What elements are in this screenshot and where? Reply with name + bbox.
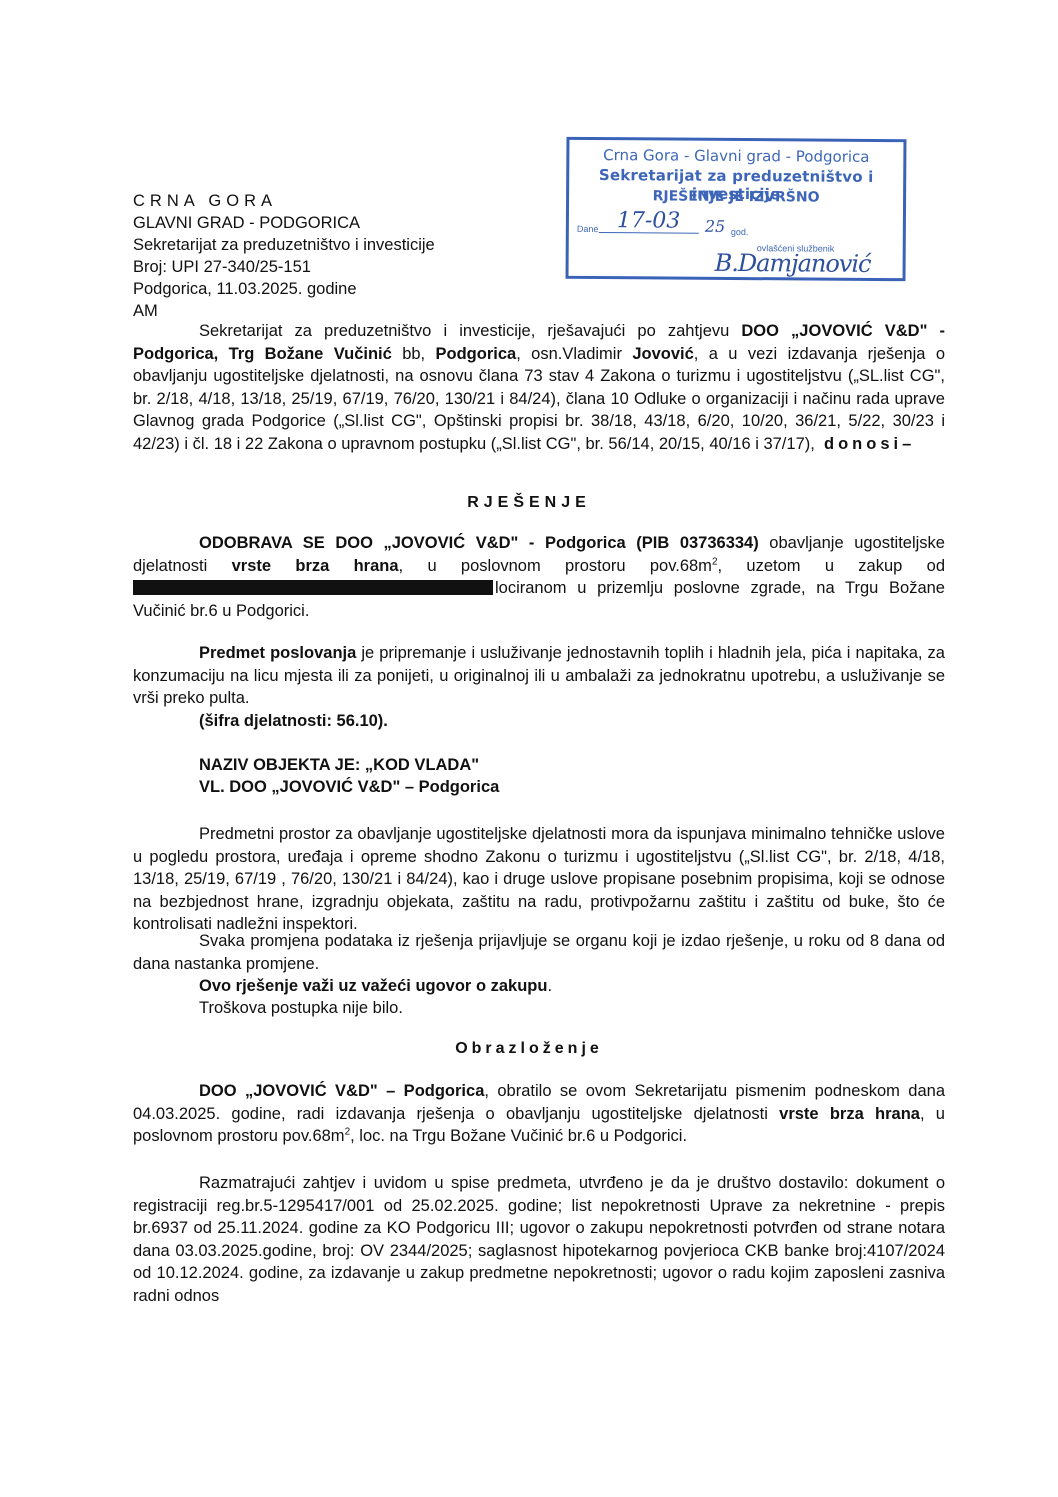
redaction-bar: [133, 580, 493, 595]
enforceability-stamp: Crna Gora - Glavni grad - Podgorica Sekr…: [566, 137, 907, 281]
intro-text-1: Sekretarijat za preduzetništvo i investi…: [199, 322, 741, 340]
decision-text-3: , uzetom u zakup od: [718, 557, 946, 575]
decision-text-2: , u poslovnom prostoru pov.68m: [399, 557, 712, 575]
reasoning-paragraph-1: DOO „JOVOVIĆ V&D" – Podgorica, obratilo …: [133, 1080, 945, 1148]
decision-title: RJEŠENJE: [0, 494, 1058, 512]
validity-text: Ovo rješenje važi uz važeći ugovor o zak…: [199, 977, 547, 995]
stamp-line-1: Crna Gora - Glavni grad - Podgorica: [569, 146, 903, 166]
intro-text-3: , osn.Vladimir: [516, 345, 632, 363]
stamp-line-3: RJEŠENJE JE IZVRŠNO: [569, 188, 903, 206]
intro-donosi: donosi–: [824, 435, 915, 453]
document-place-date: Podgorica, 11.03.2025. godine: [133, 278, 435, 300]
conditions-paragraph: Predmetni prostor za obavljanje ugostite…: [133, 823, 945, 936]
reasoning-text-3: , loc. na Trgu Božane Vučinić br.6 u Pod…: [350, 1127, 687, 1145]
activity-code: (šifra djelatnosti: 56.10).: [133, 710, 1011, 733]
reasoning-applicant: DOO „JOVOVIĆ V&D" – Podgorica: [199, 1082, 484, 1100]
document-page: Crna Gora - Glavni grad - Podgorica Sekr…: [0, 0, 1058, 1497]
stamp-dane-label: Dane: [577, 224, 599, 234]
author-initials: AM: [133, 300, 435, 322]
business-label: Predmet poslovanja: [199, 644, 356, 662]
change-notice-paragraph: Svaka promjena podataka iz rješenja prij…: [133, 930, 945, 975]
decision-paragraph: ODOBRAVA SE DOO „JOVOVIĆ V&D" - Podgoric…: [133, 532, 945, 622]
stamp-god-label: god.: [731, 227, 749, 237]
reasoning-activity-type: vrste brza hrana: [779, 1105, 920, 1123]
letterhead-department: Sekretarijat za preduzetništvo i investi…: [133, 234, 435, 256]
intro-paragraph: Sekretarijat za preduzetništvo i investi…: [133, 320, 945, 456]
letterhead-city: GLAVNI GRAD - PODGORICA: [133, 212, 435, 234]
intro-founder-surname: Jovović: [632, 345, 693, 363]
decision-activity-type: vrste brza hrana: [232, 557, 399, 575]
costs-paragraph: Troškova postupka nije bilo.: [133, 997, 1011, 1020]
letterhead: CRNA GORA GLAVNI GRAD - PODGORICA Sekret…: [133, 190, 435, 322]
document-number: Broj: UPI 27-340/25-151: [133, 256, 435, 278]
reasoning-title: Obrazloženje: [0, 1040, 1058, 1058]
stamp-year-handwritten: 25: [705, 217, 725, 236]
validity-paragraph: Ovo rješenje važi uz važeći ugovor o zak…: [133, 975, 1011, 998]
intro-city: Podgorica: [436, 345, 517, 363]
intro-text-2: bb,: [392, 345, 436, 363]
stamp-date-handwritten: 17-03: [617, 208, 681, 233]
decision-approval: ODOBRAVA SE DOO „JOVOVIĆ V&D" - Podgoric…: [199, 534, 759, 552]
reasoning-paragraph-2: Razmatrajući zahtjev i uvidom u spise pr…: [133, 1172, 945, 1308]
object-name: NAZIV OBJEKTA JE: „KOD VLADA": [133, 754, 1011, 777]
letterhead-country: CRNA GORA: [133, 190, 435, 212]
object-owner: VL. DOO „JOVOVIĆ V&D" – Podgorica: [133, 776, 1011, 799]
stamp-signature: B.Damjanović: [715, 249, 871, 278]
business-paragraph: Predmet poslovanja je pripremanje i uslu…: [133, 642, 945, 710]
